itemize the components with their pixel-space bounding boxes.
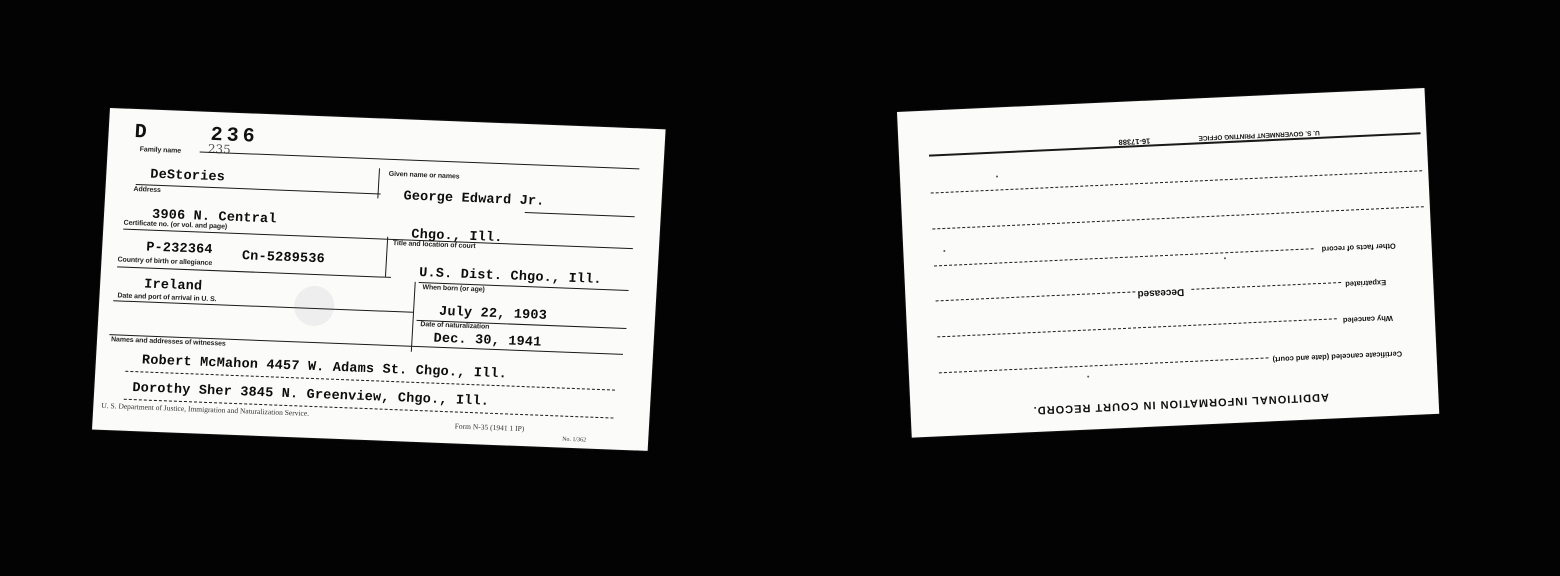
certificate-no-2-value: Cn-5289536 (241, 249, 325, 267)
other-facts-label: Other facts of record (1321, 236, 1396, 257)
naturalization-index-card-front: D 236 235 Family name Given name or name… (92, 108, 666, 451)
rule (932, 206, 1424, 229)
rule (936, 291, 1136, 301)
label-address: Address (133, 186, 161, 194)
divider (385, 237, 388, 277)
why-cancelled-label: Why canceled (1342, 308, 1393, 328)
label-date-naturalization: Date of naturalization (420, 321, 489, 331)
rule (934, 248, 1314, 266)
given-name-value: George Edward Jr. (403, 189, 545, 209)
rule (136, 184, 381, 194)
label-family-name: Family name (140, 146, 182, 155)
divider (411, 282, 416, 352)
rule (929, 132, 1421, 156)
faded-stamp (293, 285, 335, 326)
naturalization-index-card-back: 16-17388 U. S. GOVERNMENT PRINTING OFFIC… (897, 88, 1439, 438)
footer-department: U. S. Department of Justice, Immigration… (101, 401, 309, 418)
expatriated-label: Expatriated (1345, 272, 1387, 292)
back-title: ADDITIONAL INFORMATION IN COURT RECORD. (1032, 387, 1329, 418)
form-code: No. 1/362 (562, 437, 586, 444)
label-country-of-birth: Country of birth or allegiance (117, 256, 212, 267)
rule (525, 212, 635, 217)
country-of-birth-value: Ireland (144, 277, 203, 294)
rule (113, 300, 413, 313)
certificate-cancelled-label: Certificate canceled (date and court) (1272, 343, 1402, 367)
label-when-born: When born (or age) (422, 284, 485, 293)
family-name-value: DeStories (150, 168, 226, 186)
handwritten-mark: 235 (207, 142, 231, 157)
rule (939, 357, 1269, 373)
rule (931, 170, 1423, 193)
rule (937, 318, 1337, 337)
form-number: Form N-35 (1941 1 IP) (454, 421, 524, 433)
certificate-no-value: P-232364 (146, 241, 213, 259)
serial-letter: D (134, 121, 147, 144)
deceased-stamp: Deceased (1137, 281, 1184, 301)
rule (117, 266, 391, 278)
label-given-name: Given name or names (388, 171, 459, 181)
rule (1191, 282, 1341, 290)
rule (200, 151, 640, 169)
